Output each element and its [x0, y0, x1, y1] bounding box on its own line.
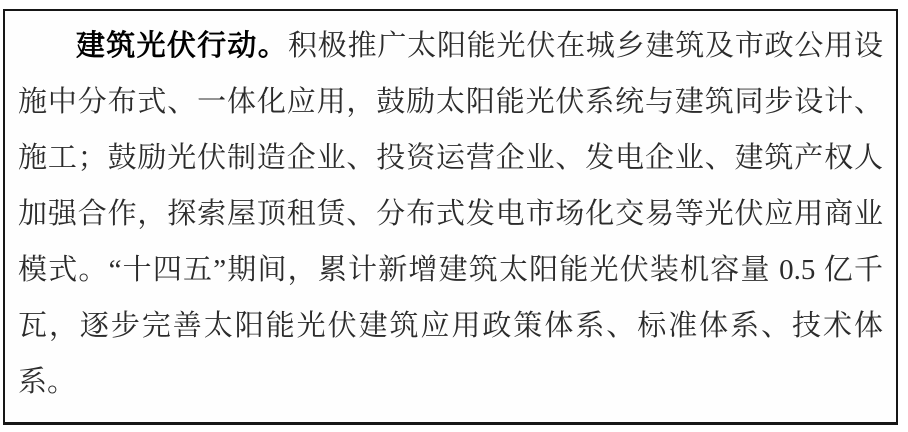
- text-frame: 建筑光伏行动。积极推广太阳能光伏在城乡建筑及市政公用设施中分布式、一体化应用，鼓…: [3, 9, 898, 425]
- paragraph-lead-heading: 建筑光伏行动。: [76, 30, 288, 62]
- document-page: 建筑光伏行动。积极推广太阳能光伏在城乡建筑及市政公用设施中分布式、一体化应用，鼓…: [0, 0, 908, 432]
- paragraph: 建筑光伏行动。积极推广太阳能光伏在城乡建筑及市政公用设施中分布式、一体化应用，鼓…: [18, 18, 883, 410]
- paragraph-body-text: 积极推广太阳能光伏在城乡建筑及市政公用设施中分布式、一体化应用，鼓励太阳能光伏系…: [18, 30, 883, 398]
